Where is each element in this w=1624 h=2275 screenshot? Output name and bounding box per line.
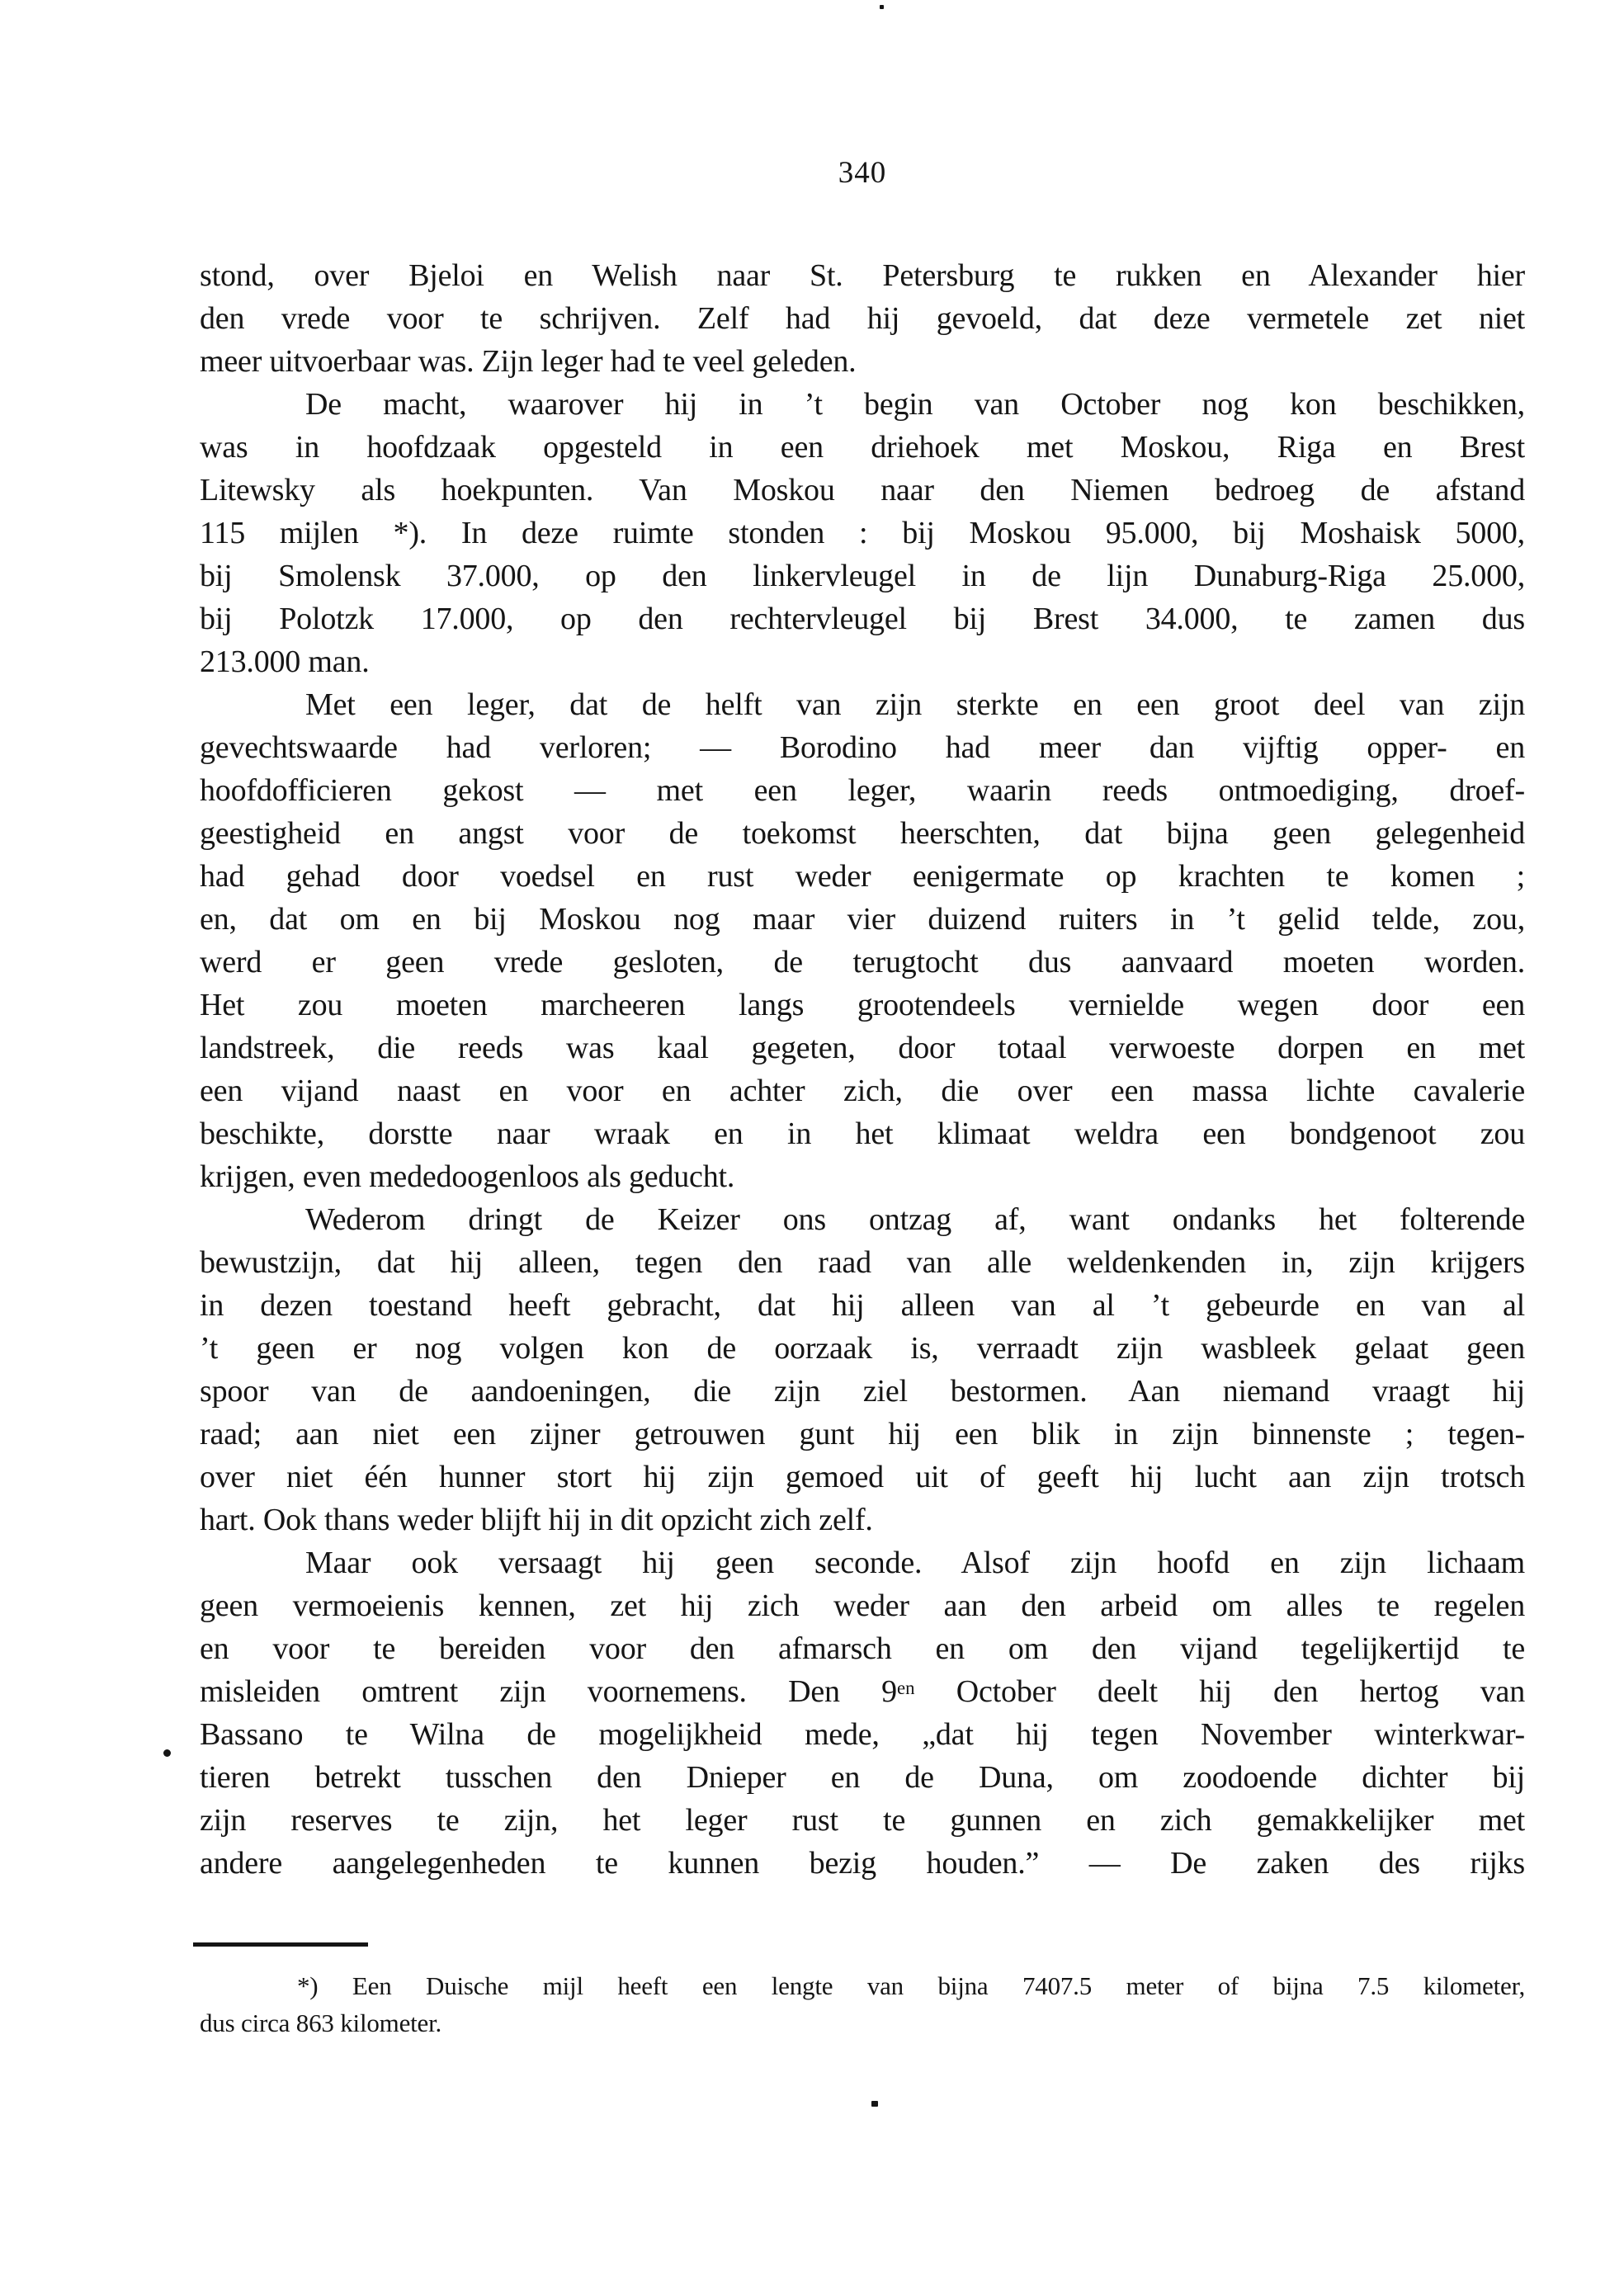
text-line: misleiden omtrent zijn voornemens. Den 9… xyxy=(200,1670,1525,1713)
text-line: spoor van de aandoeningen, die zijn ziel… xyxy=(200,1370,1525,1413)
text-line: en, dat om en bij Moskou nog maar vier d… xyxy=(200,898,1525,941)
text-line: en voor te bereiden voor den afmarsch en… xyxy=(200,1627,1525,1670)
text-line: bewustzijn, dat hij alleen, tegen den ra… xyxy=(200,1241,1525,1284)
text-line: zijn reserves te zijn, het leger rust te… xyxy=(200,1799,1525,1842)
text-line: Het zou moeten marcheeren langs grootend… xyxy=(200,984,1525,1027)
text-line: bij Polotzk 17.000, op den rechtervleuge… xyxy=(200,597,1525,640)
text-line: Wederom dringt de Keizer ons ontzag af, … xyxy=(200,1198,1525,1241)
text-line: Met een leger, dat de helft van zijn ste… xyxy=(200,683,1525,726)
text-line: een vijand naast en voor en achter zich,… xyxy=(200,1069,1525,1112)
text-line: had gehad door voedsel en rust weder een… xyxy=(200,855,1525,898)
text-line: Bassano te Wilna de mogelijkheid mede, „… xyxy=(200,1713,1525,1756)
superscript-ordinal: en xyxy=(897,1678,915,1698)
text-line: Maar ook versaagt hij geen seconde. Also… xyxy=(200,1541,1525,1584)
text-line: De macht, waarover hij in ’t begin van O… xyxy=(200,383,1525,426)
ink-speck-bottom xyxy=(871,2101,878,2107)
text-line: *) Een Duische mijl heeft een lengte van… xyxy=(200,1967,1525,2004)
text-line: krijgen, even mededoogenloos als geducht… xyxy=(200,1155,1525,1198)
text-line: gevechtswaarde had verloren; — Borodino … xyxy=(200,726,1525,769)
text-line: geen vermoeienis kennen, zet hij zich we… xyxy=(200,1584,1525,1627)
ink-speck-left-margin xyxy=(163,1749,171,1757)
page-number: 340 xyxy=(200,155,1525,191)
text-line: raad; aan niet een zijner getrouwen gunt… xyxy=(200,1413,1525,1456)
text-line: werd er geen vrede gesloten, de terugtoc… xyxy=(200,941,1525,984)
footnote-text: *) Een Duische mijl heeft een lengte van… xyxy=(200,1967,1525,2041)
text-line: 213.000 man. xyxy=(200,640,1525,683)
body-text: stond, over Bjeloi en Welish naar St. Pe… xyxy=(200,254,1525,1885)
text-line: ’t geen er nog volgen kon de oorzaak is,… xyxy=(200,1327,1525,1370)
footnote-separator-rule xyxy=(193,1942,368,1947)
scanned-book-page: 340 stond, over Bjeloi en Welish naar St… xyxy=(0,0,1624,2275)
text-line: was in hoofdzaak opgesteld in een drieho… xyxy=(200,426,1525,469)
text-line: Litewsky als hoekpunten. Van Moskou naar… xyxy=(200,469,1525,512)
ink-speck-top xyxy=(880,5,884,9)
text-line: stond, over Bjeloi en Welish naar St. Pe… xyxy=(200,254,1525,297)
text-line: hart. Ook thans weder blijft hij in dit … xyxy=(200,1499,1525,1541)
text-line: bij Smolensk 37.000, op den linkervleuge… xyxy=(200,555,1525,597)
text-line: den vrede voor te schrijven. Zelf had hi… xyxy=(200,297,1525,340)
text-line: geestigheid en angst voor de toekomst he… xyxy=(200,812,1525,855)
text-line: hoofdofficieren gekost — met een leger, … xyxy=(200,769,1525,812)
text-line: over niet één hunner stort hij zijn gemo… xyxy=(200,1456,1525,1499)
text-line: in dezen toestand heeft gebracht, dat hi… xyxy=(200,1284,1525,1327)
text-line: andere aangelegenheden te kunnen bezig h… xyxy=(200,1842,1525,1885)
text-line: 115 mijlen *). In deze ruimte stonden : … xyxy=(200,512,1525,555)
text-line: meer uitvoerbaar was. Zijn leger had te … xyxy=(200,340,1525,383)
text-line: tieren betrekt tusschen den Dnieper en d… xyxy=(200,1756,1525,1799)
text-line: landstreek, die reeds was kaal gegeten, … xyxy=(200,1027,1525,1069)
text-line: dus circa 863 kilometer. xyxy=(200,2004,1525,2041)
text-line: beschikte, dorstte naar wraak en in het … xyxy=(200,1112,1525,1155)
